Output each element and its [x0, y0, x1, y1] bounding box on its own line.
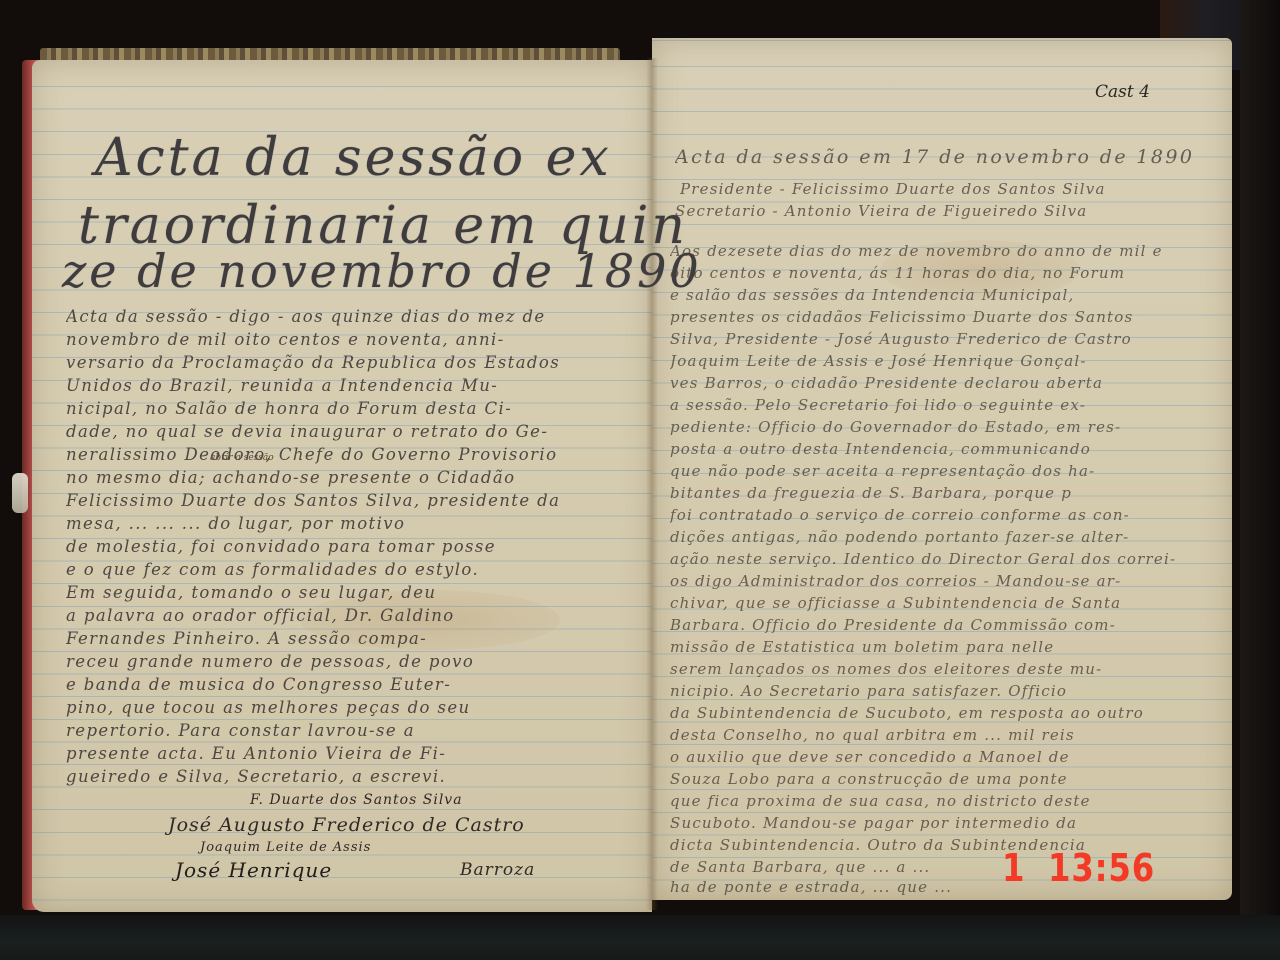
binding-string	[12, 473, 28, 513]
camera-timestamp-day: 1	[1002, 846, 1025, 890]
officer-line: Presidente - Felicissimo Duarte dos Sant…	[680, 178, 1240, 200]
right-body-line: Joaquim Leite de Assis e José Henrique G…	[670, 350, 1230, 372]
title-line-3: ze de novembro de 1890	[62, 244, 702, 298]
right-body-line: Souza Lobo para a construcção de uma pon…	[670, 768, 1230, 790]
left-body-line: pino, que tocou as melhores peças do seu	[66, 697, 626, 719]
right-body-line: Barbara. Officio do Presidente da Commis…	[670, 614, 1230, 636]
right-body-line: nicipio. Ao Secretario para satisfazer. …	[670, 680, 1230, 702]
right-body-line: foi contratado o serviço de correio conf…	[670, 504, 1230, 526]
left-body-line: receu grande numero de pessoas, de povo	[66, 651, 626, 673]
right-body-line: serem lançados os nomes dos eleitores de…	[670, 658, 1230, 680]
left-body-line: Em seguida, tomando o seu lugar, deu	[66, 582, 626, 604]
book-gutter	[646, 58, 658, 910]
right-body-line: o auxilio que deve ser concedido a Manoe…	[670, 746, 1230, 768]
signature: Barroza	[460, 860, 535, 880]
right-body-line: os digo Administrador dos correios - Man…	[670, 570, 1230, 592]
right-body-line: chivar, que se officiasse a Subintendenc…	[670, 592, 1230, 614]
left-body-line: gueiredo e Silva, Secretario, a escrevi.	[66, 766, 626, 788]
right-body-line: oito centos e noventa, ás 11 horas do di…	[670, 262, 1230, 284]
right-body-line: a sessão. Pelo Secretario foi lido o seg…	[670, 394, 1230, 416]
left-body-line: versario da Proclamação da Republica dos…	[66, 352, 626, 374]
right-body-line: Aos dezesete dias do mez de novembro do …	[670, 240, 1230, 262]
left-body-line: no mesmo dia; achando-se presente o Cida…	[66, 467, 626, 489]
left-body-line: e banda de musica do Congresso Euter-	[66, 674, 626, 696]
right-body-line: Silva, Presidente - José Augusto Frederi…	[670, 328, 1230, 350]
left-body-line: Felicissimo Duarte dos Santos Silva, pre…	[66, 490, 626, 512]
left-body-line: e o que fez com as formalidades do estyl…	[66, 559, 626, 581]
signature: José Augusto Frederico de Castro	[168, 814, 525, 836]
left-body-line: repertorio. Para constar lavrou-se a	[66, 720, 626, 742]
right-body-line: ves Barros, o cidadão Presidente declaro…	[670, 372, 1230, 394]
left-body-line: mesa, ... ... ... do lugar, por motivo	[66, 513, 626, 535]
background-dark-frame	[1240, 0, 1280, 960]
officer-line: Secretario - Antonio Vieira de Figueired…	[675, 200, 1235, 222]
interlinear-note: abrir a sessão	[210, 453, 274, 463]
signature: José Henrique	[175, 858, 332, 882]
page-number: Cast 4	[1095, 82, 1150, 102]
right-body-line: missão de Estatistica um boletim para ne…	[670, 636, 1230, 658]
right-heading: Acta da sessão em 17 de novembro de 1890	[675, 146, 1215, 168]
right-body-line: posta a outro desta Intendencia, communi…	[670, 438, 1230, 460]
right-body-line: da Subintendencia de Sucuboto, em respos…	[670, 702, 1230, 724]
right-body-line: e salão das sessões da Intendencia Munic…	[670, 284, 1230, 306]
right-body-line: pediente: Officio do Governador do Estad…	[670, 416, 1230, 438]
right-body-line: ação neste serviço. Identico do Director…	[670, 548, 1230, 570]
signature: Joaquim Leite de Assis	[200, 840, 371, 855]
right-body-line: bitantes da freguezia de S. Barbara, por…	[670, 482, 1230, 504]
left-body-line: dade, no qual se devia inaugurar o retra…	[66, 421, 626, 443]
left-body-line: novembro de mil oito centos e noventa, a…	[66, 329, 626, 351]
title-line-1: Acta da sessão ex	[95, 128, 612, 188]
left-body-line: neralissimo Deodoro, Chefe do Governo Pr…	[66, 444, 626, 466]
left-body-line: Acta da sessão - digo - aos quinze dias …	[66, 306, 626, 328]
left-body-line: a palavra ao orador official, Dr. Galdin…	[66, 605, 626, 627]
camera-timestamp-time: 13:56	[1048, 846, 1155, 890]
right-body-line: dições antigas, não podendo portanto faz…	[670, 526, 1230, 548]
right-body-line: Sucuboto. Mandou-se pagar por intermedio…	[670, 812, 1230, 834]
left-body-line: Fernandes Pinheiro. A sessão compa-	[66, 628, 626, 650]
left-body-line: Unidos do Brazil, reunida a Intendencia …	[66, 375, 626, 397]
left-body-line: presente acta. Eu Antonio Vieira de Fi-	[66, 743, 626, 765]
right-body-line: que não pode ser aceita a representação …	[670, 460, 1230, 482]
signature: F. Duarte dos Santos Silva	[250, 792, 463, 808]
left-body-line: de molestia, foi convidado para tomar po…	[66, 536, 626, 558]
right-body-line: que fica proxima de sua casa, no distric…	[670, 790, 1230, 812]
background-table-edge	[0, 915, 1280, 960]
right-body-line: presentes os cidadãos Felicissimo Duarte…	[670, 306, 1230, 328]
right-body-line: desta Conselho, no qual arbitra em ... m…	[670, 724, 1230, 746]
left-body-line: nicipal, no Salão de honra do Forum dest…	[66, 398, 626, 420]
